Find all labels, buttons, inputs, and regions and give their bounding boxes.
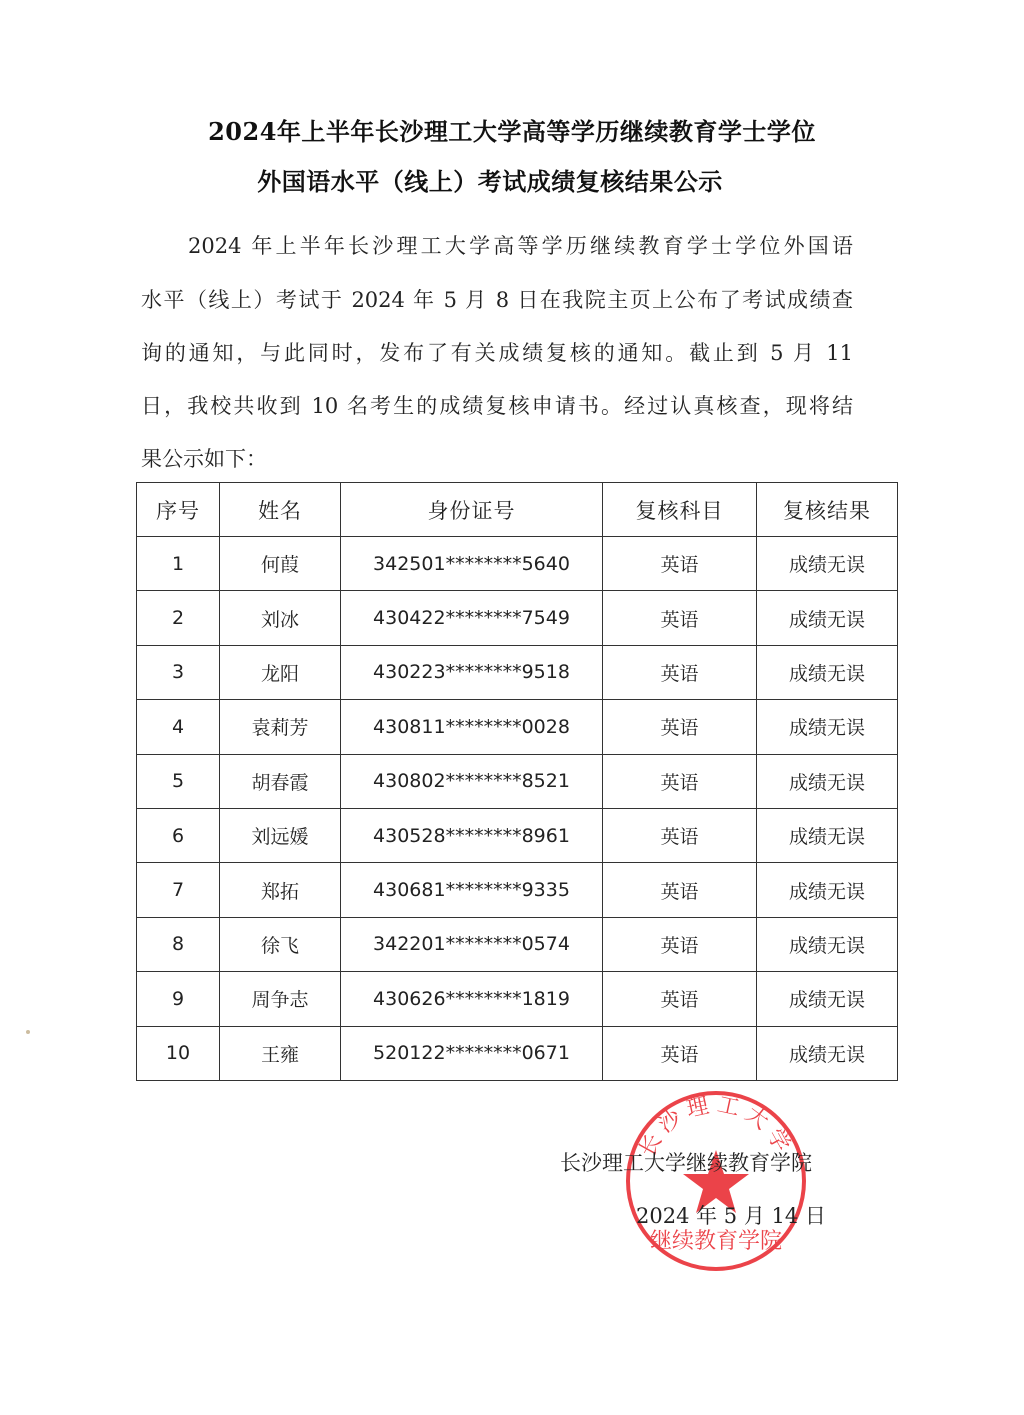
- cell-subject: 英语: [603, 700, 757, 754]
- cell-serial-no: 3: [137, 645, 220, 699]
- cell-result: 成绩无误: [757, 972, 898, 1026]
- cell-id-number: 520122********0671: [341, 1026, 603, 1080]
- header-serial-no: 序号: [137, 483, 220, 537]
- cell-subject: 英语: [603, 1026, 757, 1080]
- cell-serial-no: 6: [137, 808, 220, 862]
- table-row: 3 龙阳 430223********9518 英语 成绩无误: [137, 645, 898, 699]
- cell-subject: 英语: [603, 972, 757, 1026]
- cell-name: 何葭: [220, 537, 341, 591]
- cell-id-number: 430626********1819: [341, 972, 603, 1026]
- cell-name: 周争志: [220, 972, 341, 1026]
- paragraph-line: 水平（线上）考试于 2024 年 5 月 8 日在我院主页上公布了考试成绩查: [141, 284, 853, 314]
- cell-subject: 英语: [603, 754, 757, 808]
- header-name: 姓名: [220, 483, 341, 537]
- paragraph-line: 日，我校共收到 10 名考生的成绩复核申请书。经过认真核查，现将结: [141, 390, 853, 420]
- header-id-number: 身份证号: [341, 483, 603, 537]
- cell-name: 徐飞: [220, 917, 341, 971]
- table-row: 9 周争志 430626********1819 英语 成绩无误: [137, 972, 898, 1026]
- cell-subject: 英语: [603, 917, 757, 971]
- cell-id-number: 430802********8521: [341, 754, 603, 808]
- cell-name: 胡春霞: [220, 754, 341, 808]
- cell-result: 成绩无误: [757, 537, 898, 591]
- cell-id-number: 430223********9518: [341, 645, 603, 699]
- cell-result: 成绩无误: [757, 1026, 898, 1080]
- table-row: 6 刘远媛 430528********8961 英语 成绩无误: [137, 808, 898, 862]
- cell-result: 成绩无误: [757, 808, 898, 862]
- official-seal-icon: 长沙理工大学 继续教育学院: [623, 1088, 809, 1274]
- table-row: 5 胡春霞 430802********8521 英语 成绩无误: [137, 754, 898, 808]
- cell-serial-no: 9: [137, 972, 220, 1026]
- table-row: 2 刘冰 430422********7549 英语 成绩无误: [137, 591, 898, 645]
- seal-bottom-text: 继续教育学院: [650, 1229, 782, 1254]
- cell-id-number: 430681********9335: [341, 863, 603, 917]
- cell-name: 郑拓: [220, 863, 341, 917]
- cell-subject: 英语: [603, 863, 757, 917]
- cell-name: 龙阳: [220, 645, 341, 699]
- cell-serial-no: 8: [137, 917, 220, 971]
- cell-id-number: 430528********8961: [341, 808, 603, 862]
- table-row: 8 徐飞 342201********0574 英语 成绩无误: [137, 917, 898, 971]
- review-results-table: 序号 姓名 身份证号 复核科目 复核结果 1 何葭 342501********…: [136, 482, 898, 1081]
- cell-serial-no: 5: [137, 754, 220, 808]
- cell-id-number: 430811********0028: [341, 700, 603, 754]
- header-review-subject: 复核科目: [603, 483, 757, 537]
- paragraph-line: 2024 年上半年长沙理工大学高等学历继续教育学士学位外国语: [188, 230, 853, 260]
- cell-serial-no: 10: [137, 1026, 220, 1080]
- cell-result: 成绩无误: [757, 700, 898, 754]
- cell-result: 成绩无误: [757, 591, 898, 645]
- cell-result: 成绩无误: [757, 754, 898, 808]
- paragraph-line: 询的通知，与此同时，发布了有关成绩复核的通知。截止到 5 月 11: [141, 337, 853, 367]
- issue-date: 2024 年 5 月 14 日: [636, 1200, 826, 1230]
- cell-subject: 英语: [603, 645, 757, 699]
- issuer-signature: 长沙理工大学继续教育学院: [560, 1147, 812, 1177]
- document-title-line-2: 外国语水平（线上）考试成绩复核结果公示: [0, 162, 1002, 197]
- table-header-row: 序号 姓名 身份证号 复核科目 复核结果: [137, 483, 898, 537]
- cell-name: 王雍: [220, 1026, 341, 1080]
- cell-name: 刘远媛: [220, 808, 341, 862]
- header-review-result: 复核结果: [757, 483, 898, 537]
- document-title-line-1: 2024年上半年长沙理工大学高等学历继续教育学士学位: [0, 112, 1024, 147]
- paragraph-line: 果公示如下：: [141, 443, 853, 473]
- cell-serial-no: 4: [137, 700, 220, 754]
- scan-speck: [26, 1030, 30, 1034]
- cell-id-number: 430422********7549: [341, 591, 603, 645]
- cell-subject: 英语: [603, 808, 757, 862]
- cell-serial-no: 7: [137, 863, 220, 917]
- cell-result: 成绩无误: [757, 645, 898, 699]
- cell-result: 成绩无误: [757, 917, 898, 971]
- cell-result: 成绩无误: [757, 863, 898, 917]
- cell-id-number: 342201********0574: [341, 917, 603, 971]
- table-row: 10 王雍 520122********0671 英语 成绩无误: [137, 1026, 898, 1080]
- cell-subject: 英语: [603, 591, 757, 645]
- table-row: 7 郑拓 430681********9335 英语 成绩无误: [137, 863, 898, 917]
- table-row: 4 袁莉芳 430811********0028 英语 成绩无误: [137, 700, 898, 754]
- cell-name: 袁莉芳: [220, 700, 341, 754]
- cell-name: 刘冰: [220, 591, 341, 645]
- cell-serial-no: 1: [137, 537, 220, 591]
- table-row: 1 何葭 342501********5640 英语 成绩无误: [137, 537, 898, 591]
- cell-subject: 英语: [603, 537, 757, 591]
- cell-id-number: 342501********5640: [341, 537, 603, 591]
- cell-serial-no: 2: [137, 591, 220, 645]
